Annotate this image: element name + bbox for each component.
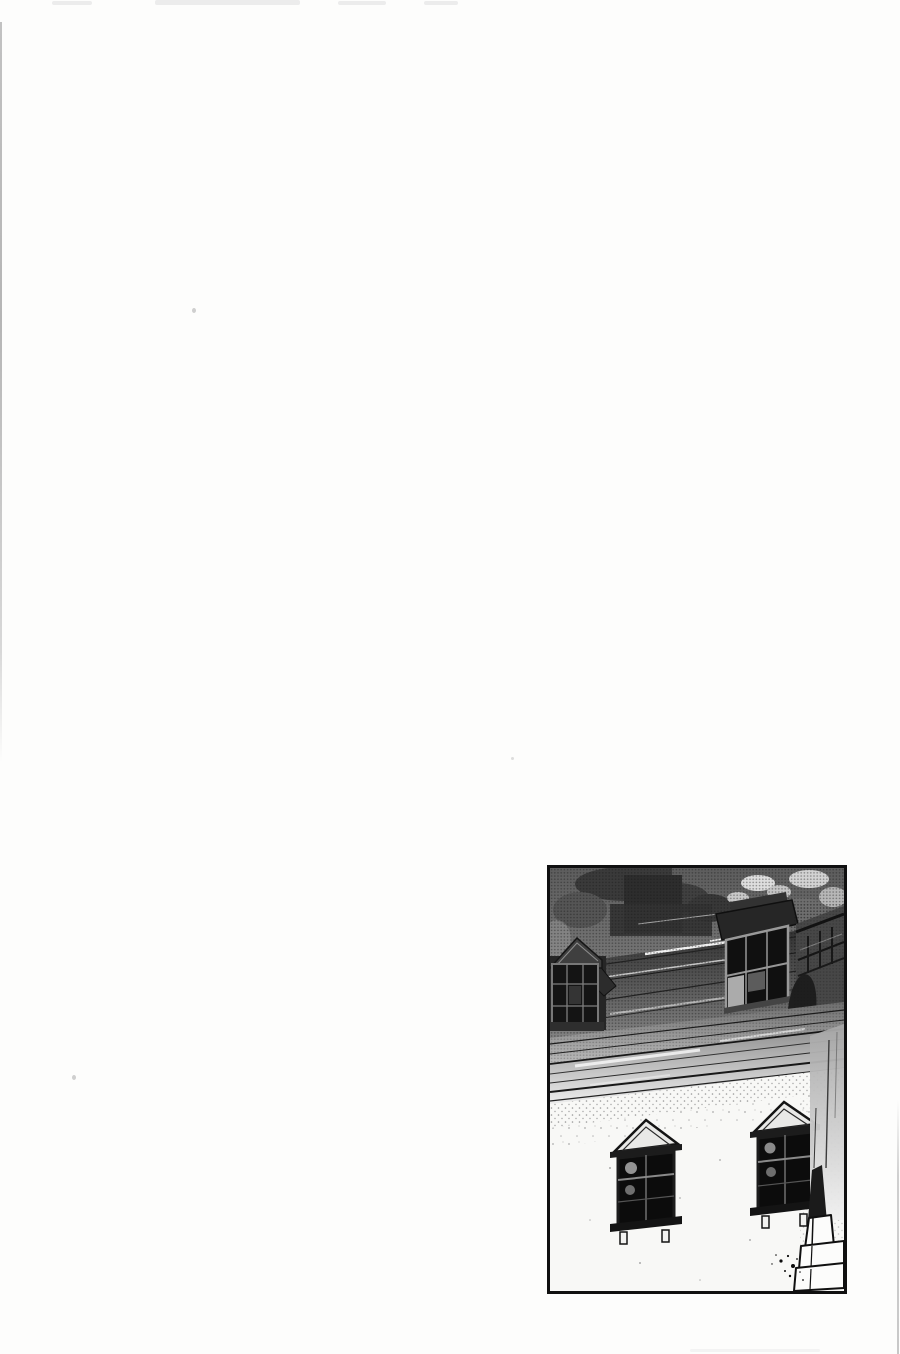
scanned-page <box>0 0 900 1354</box>
scan-edge-line-right <box>897 1100 899 1354</box>
scan-smudge <box>690 1349 820 1352</box>
scan-smudge <box>338 1 386 5</box>
dust-speck <box>511 757 514 760</box>
scan-edge-line-left <box>0 22 2 762</box>
dust-speck <box>192 308 196 313</box>
panel-artwork <box>550 868 844 1291</box>
scan-smudge <box>52 1 92 5</box>
scan-smudge <box>155 0 300 5</box>
dust-speck <box>72 1075 76 1080</box>
scan-smudge <box>424 1 458 5</box>
manga-panel <box>547 865 847 1294</box>
